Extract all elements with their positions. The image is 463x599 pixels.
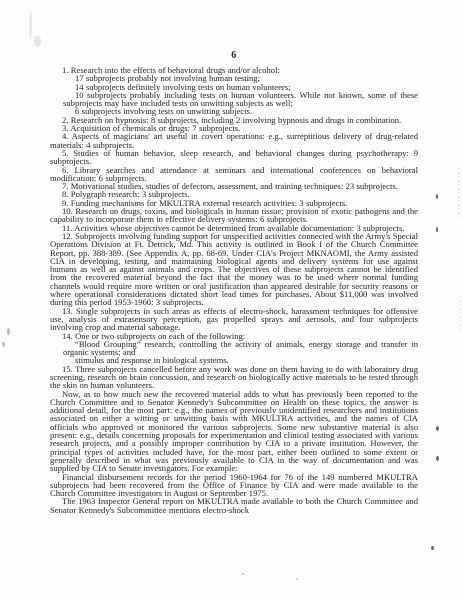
scan-streak <box>458 168 459 220</box>
scan-smudge <box>84 92 89 96</box>
paragraph-24: The 1963 Inspector General report on MKU… <box>50 497 418 514</box>
scan-speck <box>436 194 438 199</box>
scan-speck <box>7 328 10 335</box>
paragraph-23: Financial disbursement records for the p… <box>50 473 418 498</box>
scan-speck <box>436 426 439 431</box>
scan-streak <box>459 296 460 330</box>
paragraph-16: 12. Subprojects involving funding suppor… <box>50 232 418 307</box>
scanned-document-page: 6 1. Research into the effects of behavi… <box>0 0 463 599</box>
scan-speck <box>2 342 5 347</box>
scan-smudge <box>34 36 41 47</box>
paragraph-14: 10. Research on drugs, toxins, and biolo… <box>50 207 418 224</box>
scan-speck <box>296 578 298 580</box>
paragraph-10: 6. Library searches and attendance at se… <box>50 166 418 183</box>
paragraph-8: 4. Aspects of magicians' art useful in c… <box>50 132 418 149</box>
scan-speck <box>242 573 244 575</box>
paragraph-19: “Blood Grouping” research, controlling t… <box>63 340 418 357</box>
scan-smudge <box>29 12 32 38</box>
scan-speck <box>431 546 434 550</box>
page-number: 6 <box>50 50 418 61</box>
paragraph-21: 15. Three subprojects cancelled before a… <box>50 365 418 390</box>
scan-speck <box>436 456 439 461</box>
scan-smudge <box>98 123 102 127</box>
paragraph-22: Now, as to how much new the recovered ma… <box>50 390 418 473</box>
paragraph-17: 13. Single subprojects in such areas as … <box>50 307 418 332</box>
scan-speck <box>436 227 438 232</box>
paragraph-9: 5. Studies of human behavior, sleep rese… <box>50 149 418 166</box>
paragraph-4: 10 subprojects probably including tests … <box>63 91 418 108</box>
document-body: 1. Research into the effects of behavior… <box>50 66 418 514</box>
